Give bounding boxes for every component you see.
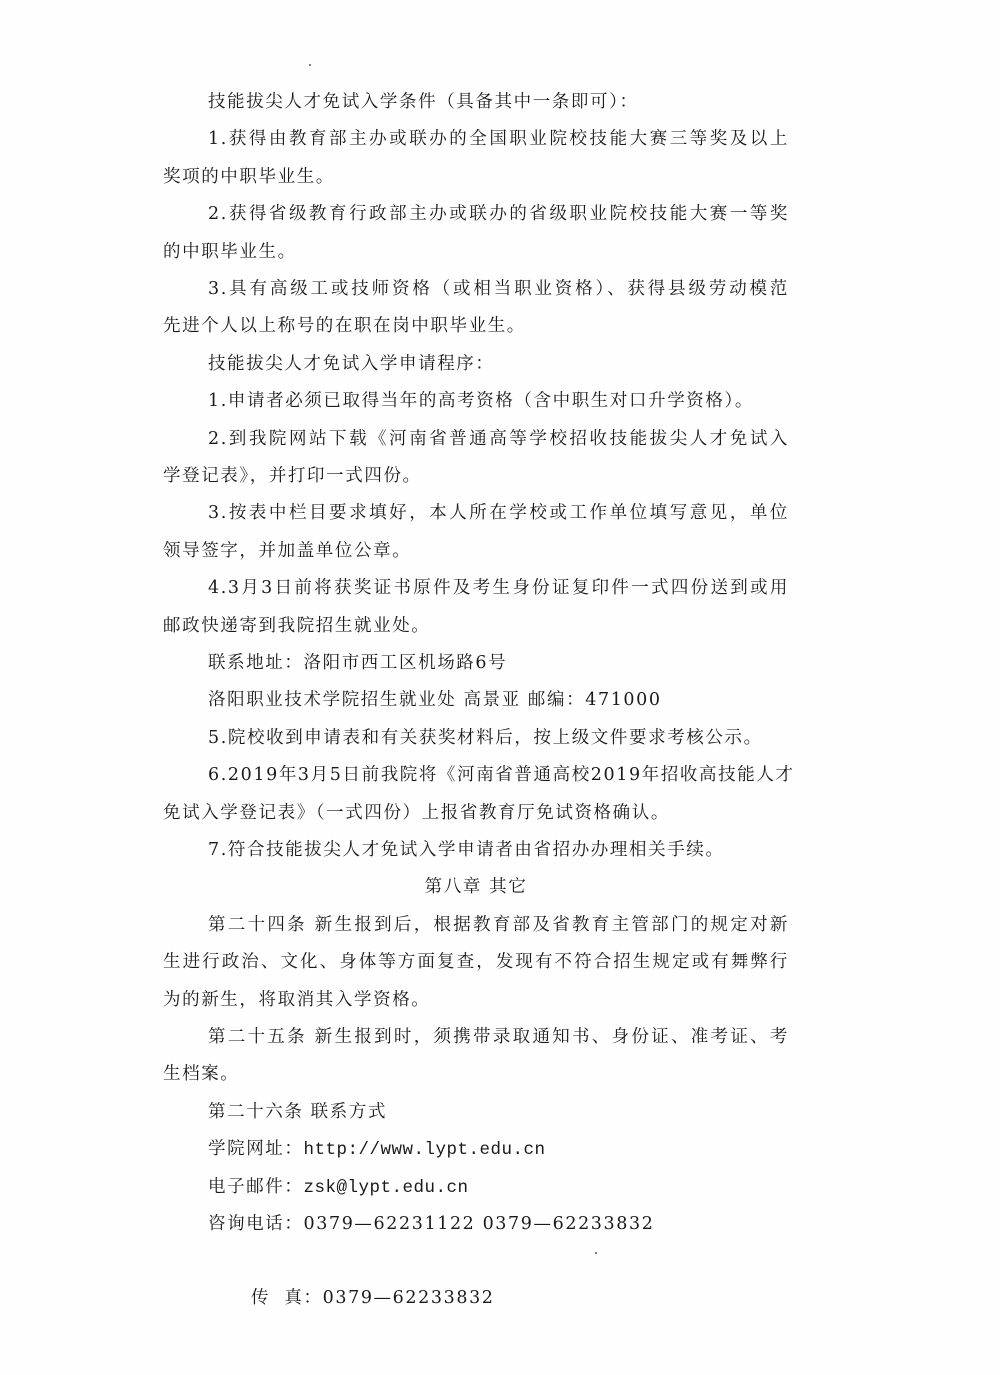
procedure-1: 1.申请者必须已取得当年的高考资格（含中职生对口升学资格）。 [208, 383, 754, 420]
procedure-3-line1: 3.按表中栏目要求填好，本人所在学校或工作单位填写意见，单位 [208, 495, 789, 532]
website-label: 学院网址： [208, 1139, 304, 1159]
procedure-3-line2: 领导签字，并加盖单位公章。 [163, 533, 411, 570]
contact-email: 电子邮件：zsk@lypt.edu.cn [208, 1169, 469, 1206]
procedure-heading: 技能拔尖人才免试入学申请程序： [208, 346, 495, 383]
article-25-line2: 生档案。 [163, 1056, 239, 1093]
article-24-line3: 为的新生，将取消其入学资格。 [163, 982, 430, 1019]
procedure-2-line1: 2.到我院网站下载《河南省普通高等学校招收技能拔尖人才免试入 [208, 421, 789, 458]
contact-website: 学院网址：http://www.lypt.edu.cn [208, 1131, 546, 1168]
condition-1-line2: 奖项的中职毕业生。 [163, 159, 335, 196]
fax-label: 传 真： [251, 1288, 323, 1308]
phone-value: 0379—62231122 0379—62233832 [304, 1214, 655, 1234]
scanned-document-page: 技能拔尖人才免试入学条件（具备其中一条即可）： 1.获得由教育部主办或联办的全国… [0, 0, 1000, 1375]
article-24-line1: 第二十四条 新生报到后，根据教育部及省教育主管部门的规定对新 [208, 907, 789, 944]
chapter-title: 第八章 其它 [163, 869, 789, 906]
contact-phone: 咨询电话：0379—62231122 0379—62233832 [208, 1206, 654, 1243]
procedure-4-line2: 邮政快递寄到我院招生就业处。 [163, 608, 430, 645]
condition-3-line2: 先进个人以上称号的在职在岗中职毕业生。 [163, 308, 526, 345]
email-label: 电子邮件： [208, 1177, 304, 1197]
article-24-line2: 生进行政治、文化、身体等方面复查，发现有不符合招生规定或有舞弊行 [163, 944, 789, 981]
phone-label: 咨询电话： [208, 1214, 304, 1234]
procedure-5: 5.院校收到申请表和有关获奖材料后，按上级文件要求考核公示。 [208, 720, 763, 757]
procedure-4-line1: 4.3月3日前将获奖证书原件及考生身份证复印件一式四份送到或用 [208, 570, 789, 607]
procedure-6-line1: 6.2019年3月5日前我院将《河南省普通高校2019年招收高技能人才 [208, 757, 789, 794]
website-link[interactable]: http://www.lypt.edu.cn [304, 1140, 546, 1160]
article-26-title: 第二十六条 联系方式 [208, 1094, 387, 1131]
condition-2-line1: 2.获得省级教育行政部主办或联办的省级职业院校技能大赛一等奖 [208, 196, 789, 233]
scan-speck [309, 64, 311, 66]
condition-2-line2: 的中职毕业生。 [163, 234, 297, 271]
procedure-2-line2: 学登记表》，并打印一式四份。 [163, 458, 422, 495]
scan-speck [595, 1252, 597, 1254]
contact-fax: 传 真：0379—62233832 [208, 1243, 495, 1280]
procedure-6-line2: 免试入学登记表》（一式四份）上报省教育厅免试资格确认。 [163, 795, 670, 832]
article-25-line1: 第二十五条 新生报到时，须携带录取通知书、身份证、准考证、考 [208, 1019, 789, 1056]
condition-3-line1: 3.具有高级工或技师资格（或相当职业资格）、获得县级劳动模范 [208, 271, 789, 308]
fax-value: 0379—62233832 [323, 1288, 495, 1308]
condition-1-line1: 1.获得由教育部主办或联办的全国职业院校技能大赛三等奖及以上 [208, 121, 789, 158]
conditions-heading: 技能拔尖人才免试入学条件（具备其中一条即可）： [208, 84, 639, 121]
email-link[interactable]: zsk@lypt.edu.cn [304, 1178, 469, 1198]
contact-office: 洛阳职业技术学院招生就业处 高景亚 邮编：471000 [208, 682, 662, 719]
contact-address: 联系地址：洛阳市西工区机场路6号 [208, 645, 507, 682]
procedure-7: 7.符合技能拔尖人才免试入学申请者由省招办办理相关手续。 [208, 832, 725, 869]
